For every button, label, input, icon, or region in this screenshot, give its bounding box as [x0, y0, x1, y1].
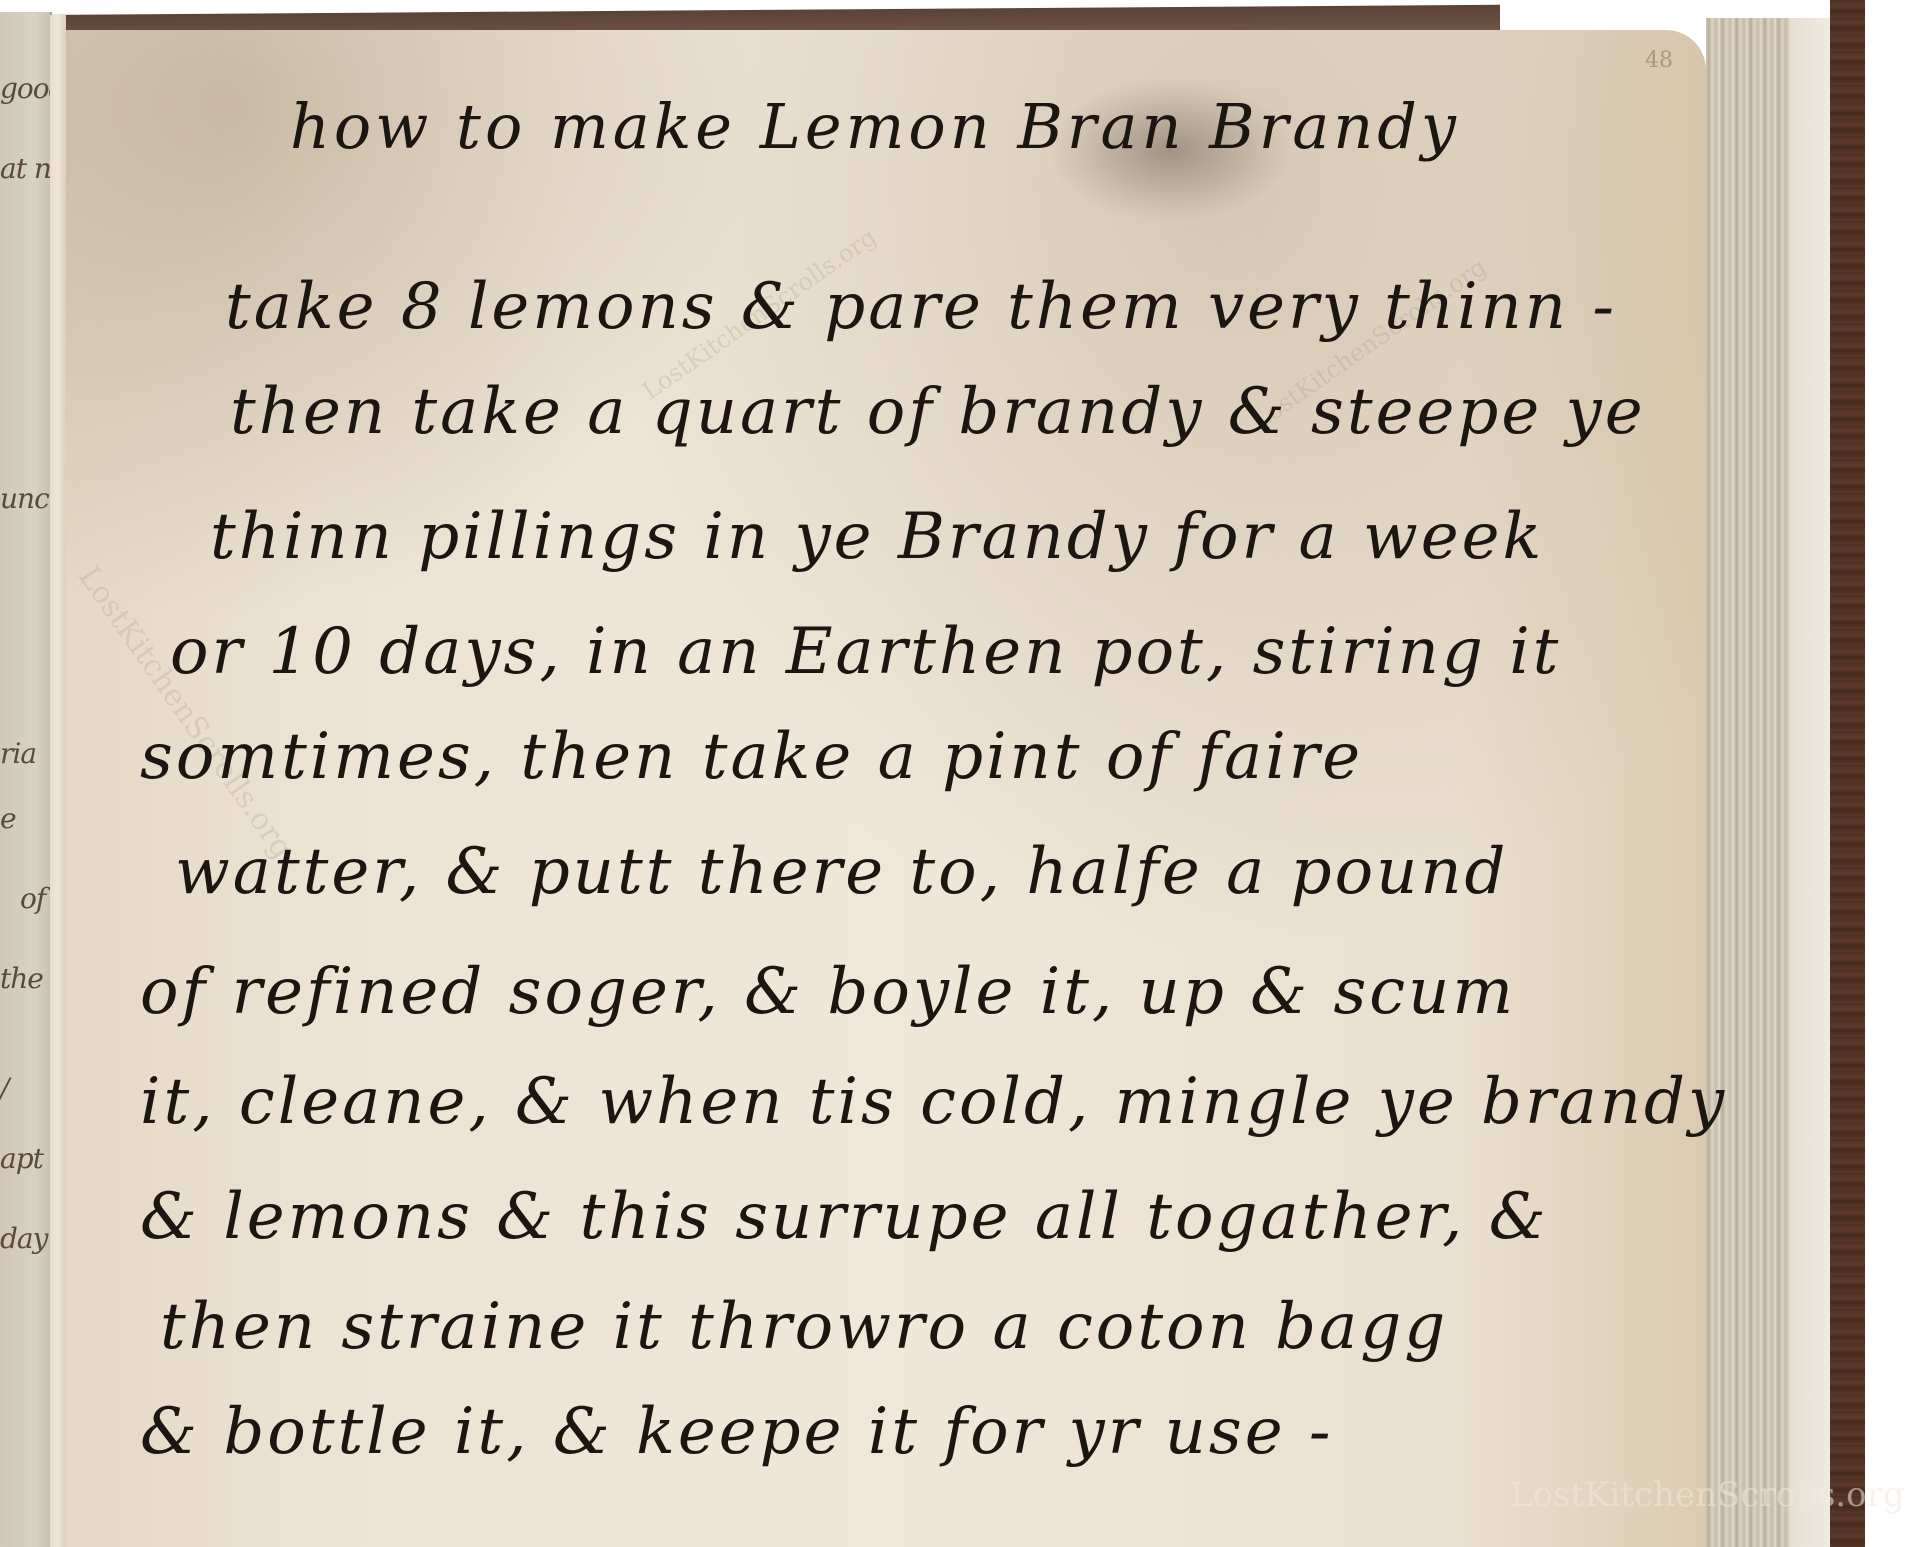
book-cover-right-edge — [1830, 0, 1865, 1547]
recipe-line: take 8 lemons & pare them very thinn - — [225, 270, 1617, 344]
recipe-line: of refined soger, & boyle it, up & scum — [140, 955, 1516, 1029]
left-page-fragment: ria — [0, 737, 36, 770]
recipe-line: or 10 days, in an Earthen pot, stiring i… — [170, 615, 1561, 689]
recipe-line: then take a quart of brandy & steepe ye — [230, 375, 1646, 449]
recipe-line: & bottle it, & keepe it for yr use - — [140, 1395, 1334, 1469]
left-page-fragment: / — [0, 1072, 8, 1105]
recipe-line: thinn pillings in ye Brandy for a week — [210, 500, 1544, 574]
left-page-fragment: good — [0, 72, 52, 105]
recipe-line: somtimes, then take a pint of faire — [140, 720, 1363, 794]
recipe-line: it, cleane, & when tis cold, mingle ye b… — [140, 1065, 1727, 1139]
recipe-title: how to make Lemon Bran Brandy — [290, 90, 1460, 163]
recipe-line: & lemons & this surrupe all togather, & — [140, 1180, 1549, 1254]
left-page-fragment: of — [20, 882, 45, 915]
left-page-fragment: day — [0, 1222, 47, 1255]
left-page-fragment: apt — [0, 1142, 43, 1175]
stacked-page-edges — [1706, 18, 1830, 1547]
recipe-line: then straine it throwro a coton bagg — [160, 1290, 1448, 1364]
left-page-fragment: unce — [0, 482, 52, 515]
book-gutter — [50, 15, 66, 1547]
recipe-line: watter, & putt there to, halfe a pound — [175, 835, 1509, 909]
left-page-sliver: good at ne unce ria e of the / apt day — [0, 12, 52, 1547]
watermark: LostKitchenScrolls.org — [1510, 1475, 1905, 1515]
left-page-fragment: the — [0, 962, 43, 995]
manuscript-scan: good at ne unce ria e of the / apt day L… — [0, 0, 1865, 1547]
left-page-fragment: at ne — [0, 152, 52, 185]
page-number: 48 — [1645, 48, 1673, 73]
left-page-fragment: e — [0, 802, 16, 835]
